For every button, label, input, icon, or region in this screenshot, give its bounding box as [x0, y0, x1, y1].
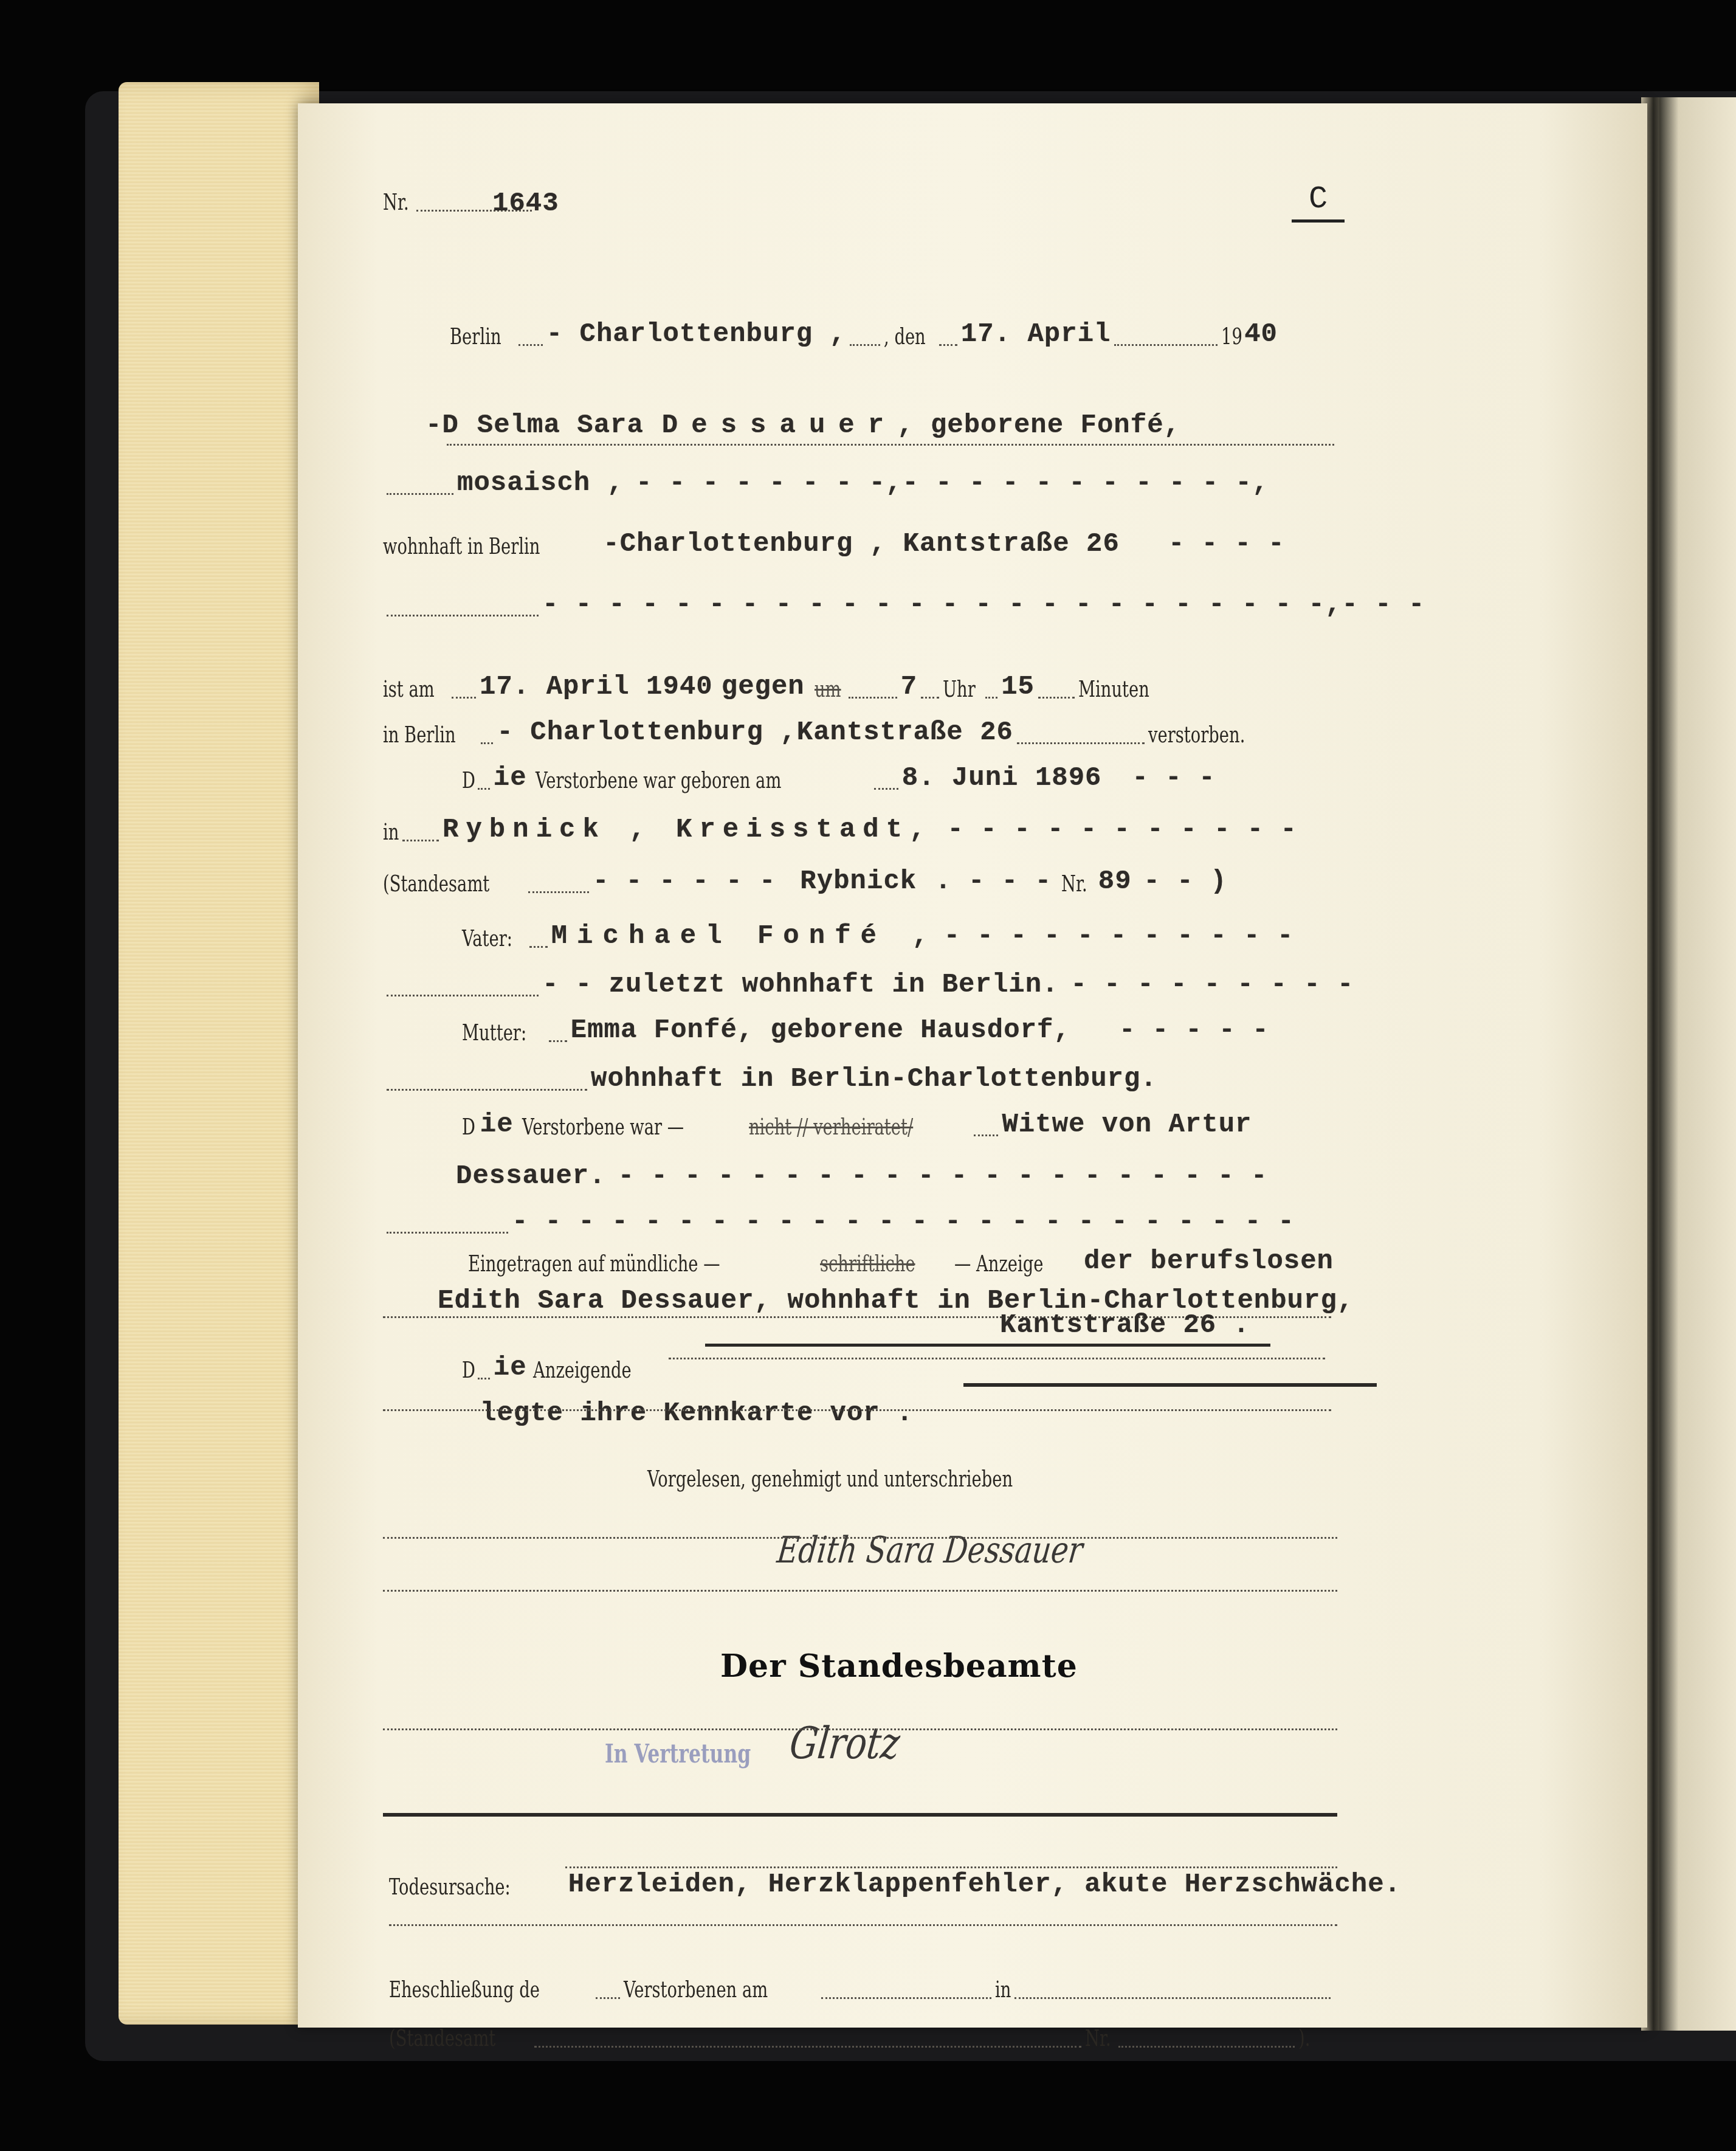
dash-fill: - - - - - — [1119, 1015, 1269, 1046]
cause-row: Todesursache: Herzleiden, Herzklappenfeh… — [389, 1870, 1401, 1900]
dash-fill: - - - - - - — [593, 866, 776, 897]
dash-fill: - - - - - - - - - - - - - - - - - - - - … — [542, 590, 1425, 620]
mother-row: Mutter: Emma Fonfé, geborene Hausdorf, -… — [462, 1015, 1269, 1046]
informant-signature-row: Edith Sara Dessauer — [775, 1529, 1156, 1572]
birth-place: Rybnick , Kreisstadt, — [443, 815, 933, 845]
dotted-fill — [921, 697, 939, 699]
dotted-fill — [1038, 697, 1075, 699]
father-row: Vater: Michael Fonfé , - - - - - - - - -… — [462, 921, 1293, 951]
spouse-surname: Dessauer. — [456, 1161, 606, 1192]
dotted-fill — [478, 788, 490, 790]
dotted-rule — [383, 1728, 1337, 1730]
anzeigende-row: D ie Anzeigende — [462, 1353, 663, 1383]
dash-fill: - - - — [1132, 763, 1216, 793]
time-prefix: gegen — [722, 672, 805, 702]
id-card-row: legte ihre Kennkarte vor . — [480, 1398, 914, 1429]
entry-date: 17. April — [961, 319, 1111, 350]
marital-continuation-row-2: - - - - - - - - - - - - - - - - - - - - … — [383, 1207, 1295, 1237]
dotted-fill — [1114, 344, 1218, 346]
father-label: Vater: — [462, 925, 512, 951]
death-date: 17. April 1940 — [480, 672, 713, 702]
article-suffix: ie — [494, 763, 527, 793]
dotted-fill — [387, 615, 539, 616]
informant-street: Kantstraße 26 . — [1000, 1310, 1250, 1341]
birth-registry-row: (Standesamt - - - - - - Rybnick . - - - … — [383, 866, 1227, 897]
deputy-stamp: In Vertretung — [605, 1739, 751, 1769]
dash-fill: . - - - — [935, 866, 1052, 897]
birth-place-label: in — [383, 818, 399, 845]
id-card-statement: legte ihre Kennkarte vor . — [480, 1398, 914, 1429]
death-datetime-row: ist am 17. April 1940 gegen um 7 Uhr 15 … — [383, 672, 1171, 702]
official-heading-row: Der Standesbeamte — [720, 1648, 1078, 1685]
birth-date: 8. Juni 1896 — [902, 763, 1102, 793]
birth-date-row: D ie Verstorbene war geboren am 8. Juni … — [462, 763, 1216, 793]
marriage-close: ). — [1298, 2025, 1310, 2051]
dash-fill: - - - - - - - - - — [1071, 970, 1354, 1000]
official-signature: Glrotz — [787, 1718, 903, 1769]
dash-fill: - - - - — [1168, 529, 1285, 559]
marital-row: D ie Verstorbene war — nicht // verheira… — [462, 1110, 1252, 1140]
dotted-rule — [565, 1866, 1337, 1868]
marriage-registry-row: (Standesamt Nr. ). — [389, 2025, 1308, 2051]
dotted-fill — [1014, 1997, 1331, 1999]
marriage-label-2: Verstorbenen am — [624, 1976, 768, 2003]
marital-label: Verstorbene war — — [522, 1113, 684, 1140]
dotted-rule — [389, 1924, 1337, 1926]
residence-label: wohnhaft in Berlin — [383, 533, 540, 559]
article-prefix: D — [462, 1356, 475, 1383]
dash-fill: - - - - - - - -,- - - - - - - - - - -, — [636, 468, 1269, 499]
death-certificate-page: Nr. 1643 C Berlin - Charlottenburg , , d… — [298, 103, 1647, 2028]
book-page-edges — [119, 82, 319, 2025]
informant-signature: Edith Sara Dessauer — [775, 1529, 1085, 1572]
official-heading: Der Standesbeamte — [720, 1648, 1078, 1685]
marital-status: Witwe von Artur — [1002, 1110, 1252, 1140]
dotted-fill — [850, 344, 880, 346]
informant-label-2: — Anzeige — [954, 1250, 1044, 1277]
dotted-fill — [387, 995, 539, 996]
dash-fill: - - - - - - - - - - - - - - - - - - - - — [618, 1161, 1268, 1192]
dotted-fill — [874, 788, 898, 790]
den-label: , den — [884, 323, 926, 350]
informant-occupation: der berufslosen — [1084, 1246, 1334, 1277]
dotted-fill — [452, 697, 476, 699]
dotted-fill — [478, 1378, 490, 1379]
religion-value: mosaisch , — [457, 468, 624, 499]
birth-label: Verstorbene war geboren am — [536, 767, 781, 793]
record-number-label: Nr. — [383, 188, 409, 215]
dotted-fill — [849, 697, 897, 699]
death-hour: 7 — [901, 672, 917, 702]
father-residence: - - zuletzt wohnhaft in Berlin. — [542, 970, 1059, 1000]
dash-fill: - - - - - - - - - - - — [948, 815, 1298, 845]
father-note-row: - - zuletzt wohnhaft in Berlin. - - - - … — [383, 970, 1354, 1000]
article-prefix: D — [462, 1113, 475, 1140]
dash-fill: - - ) — [1144, 866, 1227, 897]
official-signature-row: In Vertretung Glrotz — [605, 1718, 925, 1769]
read-approved-row: Vorgelesen, genehmigt und unterschrieben — [647, 1465, 1148, 1492]
father-name: Michael Fonfé , — [551, 921, 938, 951]
residence-continuation-row: - - - - - - - - - - - - - - - - - - - - … — [383, 590, 1425, 620]
dotted-fill — [387, 1089, 587, 1091]
dash-fill: - - - - - - - - - - - - - - - - - - - - … — [512, 1207, 1295, 1237]
dotted-fill — [387, 493, 453, 495]
marriage-in-label: in — [995, 1976, 1011, 2003]
dotted-fill — [481, 742, 493, 744]
article-suffix: ie — [494, 1353, 527, 1383]
mother-label: Mutter: — [462, 1019, 526, 1046]
article-prefix: D — [462, 767, 475, 793]
death-place: - Charlottenburg ,Kantstraße 26 — [497, 717, 1013, 748]
anzeigende-label: Anzeigende — [533, 1356, 632, 1383]
dotted-rule — [383, 1409, 1331, 1411]
struck-line — [963, 1383, 1377, 1387]
residence-row: wohnhaft in Berlin -Charlottenburg , Kan… — [383, 529, 1285, 559]
mother-residence: wohnhaft in Berlin-Charlottenburg. — [591, 1064, 1157, 1094]
record-number: 1643 — [492, 188, 559, 219]
article-suffix: ie — [480, 1110, 514, 1140]
place-value: - Charlottenburg , — [546, 319, 846, 350]
dotted-rule — [669, 1358, 1325, 1359]
dotted-fill — [534, 2046, 1081, 2048]
registry-nr-label: Nr. — [1061, 870, 1087, 897]
year-value: 40 — [1244, 319, 1278, 350]
dotted-rule — [447, 444, 1334, 446]
religion-row: mosaisch , - - - - - - - -,- - - - - - -… — [383, 468, 1269, 499]
mother-name: Emma Fonfé, geborene Hausdorf, — [571, 1015, 1070, 1046]
marriage-registry-label: (Standesamt — [389, 2025, 495, 2051]
marriage-row: Eheschließung de Verstorbenen am in — [389, 1976, 1334, 2003]
article-prefix: -D — [425, 410, 459, 441]
dotted-fill — [985, 697, 997, 699]
place-label: Berlin — [450, 323, 501, 350]
dotted-rule — [383, 1537, 1337, 1539]
cause-of-death: Herzleiden, Herzklappenfehler, akute Her… — [568, 1870, 1401, 1900]
place-date-row: Berlin - Charlottenburg , , den 17. Apri… — [450, 319, 1278, 350]
residence-value: -Charlottenburg , Kantstraße 26 — [603, 529, 1120, 559]
dotted-rule — [383, 1590, 1337, 1592]
birth-registry-office: Rybnick — [800, 866, 917, 897]
dotted-fill — [596, 1997, 620, 1999]
death-place-row: in Berlin - Charlottenburg ,Kantstraße 2… — [383, 717, 1276, 748]
death-date-label: ist am — [383, 675, 435, 702]
deceased-given-names: Selma Sara — [477, 410, 644, 441]
dotted-fill — [402, 840, 439, 841]
deceased-name-row: -D Selma Sara Dessauer , geborene Fonfé, — [425, 410, 1180, 441]
marital-continuation-row: Dessauer. - - - - - - - - - - - - - - - … — [383, 1161, 1267, 1192]
dotted-fill — [529, 946, 548, 948]
registry-label: (Standesamt — [383, 870, 489, 897]
read-approved-label: Vorgelesen, genehmigt und unterschrieben — [647, 1465, 1013, 1492]
year-prefix: 19 — [1221, 323, 1242, 350]
dash-fill: - - - - - - - - - - - — [944, 921, 1294, 951]
hour-label: Uhr — [943, 675, 976, 702]
mother-note-row: wohnhaft in Berlin-Charlottenburg. — [383, 1064, 1157, 1094]
informant-row: Eingetragen auf mündliche — schriftliche… — [468, 1246, 1334, 1277]
marriage-label: Eheschließung de — [389, 1976, 540, 2003]
informant-label: Eingetragen auf mündliche — — [468, 1250, 720, 1277]
informant-address-row: Kantstraße 26 . — [1000, 1310, 1250, 1341]
death-verb: verstorben. — [1148, 721, 1245, 748]
cause-label: Todesursache: — [389, 1873, 511, 1900]
deceased-surname: Dessauer — [662, 410, 897, 441]
birth-place-row: in Rybnick , Kreisstadt, - - - - - - - -… — [383, 815, 1297, 845]
struck-line — [705, 1344, 1270, 1347]
dotted-fill — [1118, 2046, 1295, 2048]
death-place-label: in Berlin — [383, 721, 456, 748]
dotted-fill — [518, 344, 543, 346]
dotted-fill — [1017, 742, 1145, 744]
dotted-fill — [974, 1134, 998, 1136]
dotted-fill — [528, 891, 589, 893]
deceased-birth-name: , geborene Fonfé, — [897, 410, 1180, 441]
facing-page — [1659, 97, 1736, 2031]
dotted-fill — [821, 1997, 991, 1999]
marriage-nr-label: Nr. — [1085, 2025, 1111, 2051]
struck-word: nicht // verheiratet/ — [749, 1113, 913, 1140]
section-divider — [383, 1813, 1337, 1817]
register-mark: C — [1292, 181, 1345, 223]
dotted-fill — [939, 344, 957, 346]
dotted-fill — [549, 1040, 567, 1042]
struck-word: schriftliche — [820, 1250, 915, 1277]
birth-registry-number: 89 — [1098, 866, 1132, 897]
death-minute: 15 — [1001, 672, 1035, 702]
dotted-fill — [387, 1232, 508, 1234]
minute-label: Minuten — [1078, 675, 1149, 702]
struck-word: um — [815, 675, 841, 702]
